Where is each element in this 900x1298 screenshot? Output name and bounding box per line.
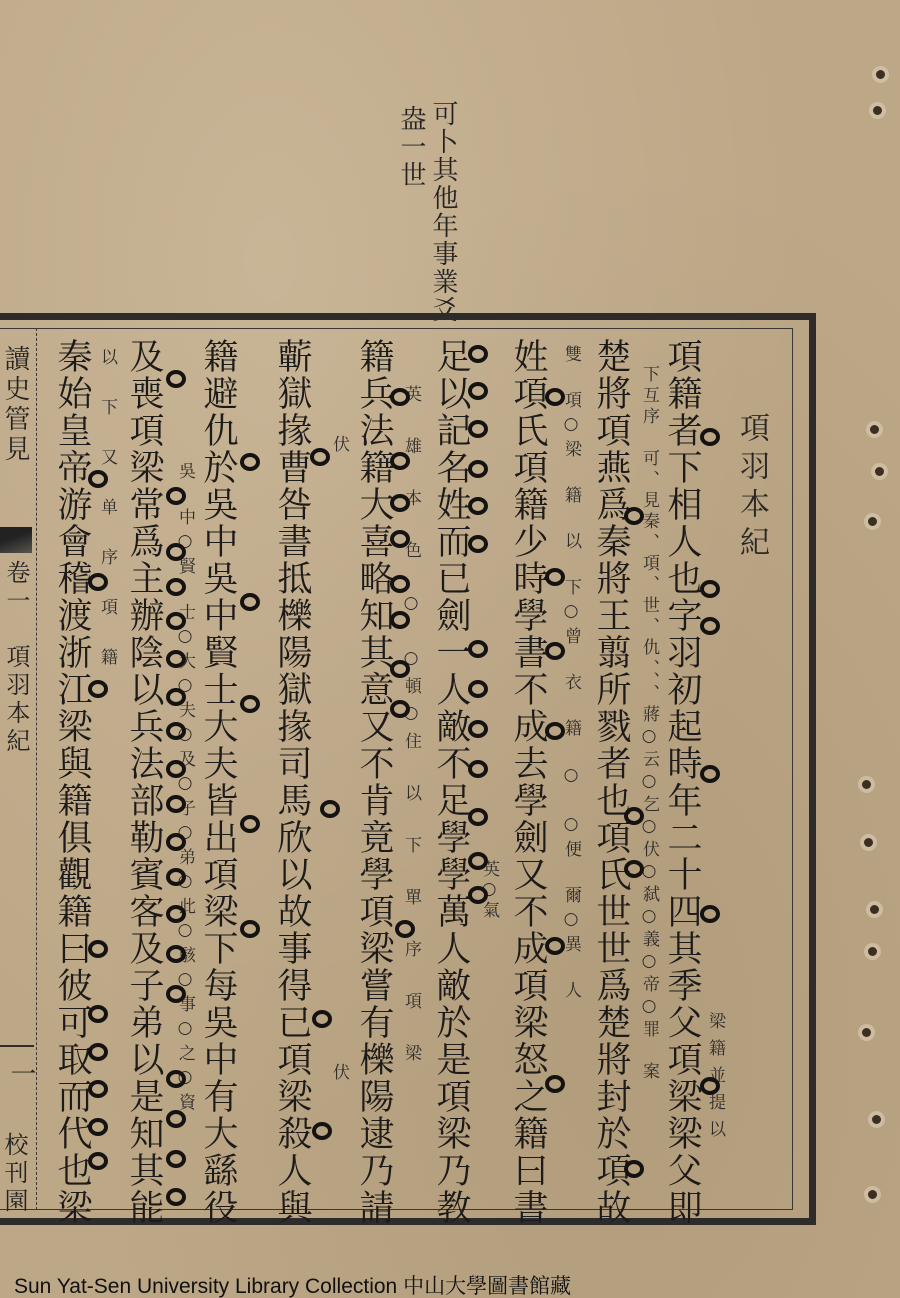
punctuation-circle xyxy=(240,920,260,938)
top-margin-note: 可卜其他年事業爻 xyxy=(430,100,456,324)
punctuation-circle xyxy=(166,688,186,706)
punctuation-circle xyxy=(240,695,260,713)
punctuation-circle xyxy=(468,808,488,826)
punctuation-circle xyxy=(390,452,410,470)
punctuation-circle xyxy=(88,1118,108,1136)
punctuation-circle xyxy=(88,573,108,591)
top-note-column-2: 盎一世 xyxy=(396,105,426,189)
punctuation-circle xyxy=(545,937,565,955)
book-title: 讀史管見 xyxy=(2,345,28,465)
text-column-6: 蘄獄掾曹咎書抵櫟陽獄掾司馬欣以故事得已項梁殺人與 xyxy=(274,338,309,1226)
punctuation-circle xyxy=(88,1043,108,1061)
punctuation-circle xyxy=(545,722,565,740)
binding-hole xyxy=(870,905,879,914)
library-watermark: Sun Yat-Sen University Library Collectio… xyxy=(0,1270,900,1298)
punctuation-circle xyxy=(390,660,410,678)
punctuation-circle xyxy=(312,1010,332,1028)
binding-hole xyxy=(862,1028,871,1037)
fishtail-mark xyxy=(0,527,32,553)
punctuation-circle xyxy=(166,868,186,886)
punctuation-circle xyxy=(468,680,488,698)
annotation-left-5: 英 雄 本 色 ○ ○頓○住 以 下 單 序 項 梁 xyxy=(402,385,419,1070)
punctuation-circle xyxy=(545,642,565,660)
fold-divider xyxy=(0,1045,34,1047)
punctuation-circle xyxy=(240,453,260,471)
punctuation-circle xyxy=(468,535,488,553)
punctuation-circle xyxy=(166,760,186,778)
punctuation-circle xyxy=(320,800,340,818)
punctuation-circle xyxy=(545,568,565,586)
punctuation-circle xyxy=(166,833,186,851)
punctuation-circle xyxy=(468,852,488,870)
binding-hole xyxy=(868,947,877,956)
punctuation-circle xyxy=(624,507,644,525)
punctuation-circle xyxy=(700,765,720,783)
punctuation-circle xyxy=(166,1188,186,1206)
punctuation-circle xyxy=(166,650,186,668)
punctuation-circle xyxy=(88,940,108,958)
punctuation-circle xyxy=(468,345,488,363)
punctuation-circle xyxy=(390,611,410,629)
punctuation-circle xyxy=(624,1160,644,1178)
punctuation-circle xyxy=(545,1075,565,1093)
punctuation-circle xyxy=(390,388,410,406)
punctuation-circle xyxy=(166,1070,186,1088)
binding-hole xyxy=(864,838,873,847)
punctuation-circle xyxy=(390,700,410,718)
punctuation-circle xyxy=(166,487,186,505)
punctuation-circle xyxy=(545,388,565,406)
top-note-column-1: 可卜其他年事業爻 xyxy=(428,100,458,324)
text-column-3: 姓項氏項籍少時學書不成去學劍又不成項梁怒之籍曰書 xyxy=(510,338,545,1226)
punctuation-circle xyxy=(166,985,186,1003)
annotation-left-8: 以 下 又 单 序 項 籍 xyxy=(98,348,115,673)
punctuation-circle xyxy=(468,720,488,738)
punctuation-circle xyxy=(166,945,186,963)
annotation-left-6: 伏 伏 xyxy=(330,435,347,1220)
punctuation-circle xyxy=(88,1152,108,1170)
punctuation-circle xyxy=(468,497,488,515)
punctuation-circle xyxy=(390,494,410,512)
binding-hole xyxy=(873,106,882,115)
volume-label: 卷一 項羽本紀 xyxy=(4,560,28,756)
binding-hole xyxy=(876,70,885,79)
text-column-2: 楚將項燕爲秦將王翦所戮者也項氏世世爲楚將封於項故 xyxy=(593,338,628,1226)
punctuation-circle xyxy=(390,530,410,548)
punctuation-circle xyxy=(395,920,415,938)
annotation-left-1: 下互序 可、見秦、項、世、仇、、、蔣○云○乞○伏○弑○義○帝○罪 案 xyxy=(640,365,657,1083)
binding-hole xyxy=(870,425,879,434)
top-margin-note: 盎一世 xyxy=(398,105,424,189)
punctuation-circle xyxy=(88,1005,108,1023)
punctuation-circle xyxy=(166,370,186,388)
punctuation-circle xyxy=(700,1077,720,1095)
punctuation-circle xyxy=(240,815,260,833)
punctuation-circle xyxy=(700,905,720,923)
binding-hole xyxy=(872,1115,881,1124)
punctuation-circle xyxy=(88,1080,108,1098)
punctuation-circle xyxy=(468,420,488,438)
binding-hole xyxy=(875,467,884,476)
punctuation-circle xyxy=(312,1122,332,1140)
punctuation-circle xyxy=(624,860,644,878)
annotation-left-2: 雙 項○梁 籍 以 下○曾 衣 籍 ○ ○便 爾○異 人 xyxy=(562,345,579,1004)
punctuation-circle xyxy=(166,722,186,740)
text-column-1: 項籍者下相人也字羽初起時年二十四其季父項梁梁父即 xyxy=(664,338,699,1226)
publisher-mark: 校刊園 xyxy=(2,1132,26,1216)
chapter-title: 項羽本紀 xyxy=(736,412,766,564)
binding-hole xyxy=(862,780,871,789)
punctuation-circle xyxy=(700,617,720,635)
binding-hole xyxy=(868,517,877,526)
punctuation-circle xyxy=(166,905,186,923)
text-column-8: 及喪項梁常爲主辦陰以兵法部勒賓客及子弟以是知其能 xyxy=(126,338,161,1226)
punctuation-circle xyxy=(700,580,720,598)
punctuation-circle xyxy=(468,886,488,904)
punctuation-circle xyxy=(166,1150,186,1168)
punctuation-circle xyxy=(310,448,330,466)
punctuation-circle xyxy=(166,795,186,813)
punctuation-circle xyxy=(700,428,720,446)
punctuation-circle xyxy=(88,680,108,698)
punctuation-circle xyxy=(468,382,488,400)
punctuation-circle xyxy=(166,578,186,596)
punctuation-circle xyxy=(166,543,186,561)
binding-hole xyxy=(868,1190,877,1199)
folio-number: 一 xyxy=(8,1060,34,1090)
punctuation-circle xyxy=(166,1110,186,1128)
text-column-4: 足以記名姓而已劍一人敵不足學學萬人敵於是項梁乃教 xyxy=(433,338,468,1226)
punctuation-circle xyxy=(468,760,488,778)
text-column-5: 籍兵法籍大喜略知其意又不肯竟學項梁嘗有櫟陽逮乃請 xyxy=(356,338,391,1226)
punctuation-circle xyxy=(88,470,108,488)
punctuation-circle xyxy=(468,460,488,478)
punctuation-circle xyxy=(390,575,410,593)
text-column-7: 籍避仇於吳中吳中賢士大夫皆出項梁下每吳中有大繇役 xyxy=(200,338,235,1226)
punctuation-circle xyxy=(166,612,186,630)
punctuation-circle xyxy=(240,593,260,611)
punctuation-circle xyxy=(624,807,644,825)
punctuation-circle xyxy=(468,640,488,658)
text-column-9: 秦始皇帝游會稽渡浙江梁與籍俱觀籍曰彼可取而代也梁 xyxy=(54,338,89,1226)
